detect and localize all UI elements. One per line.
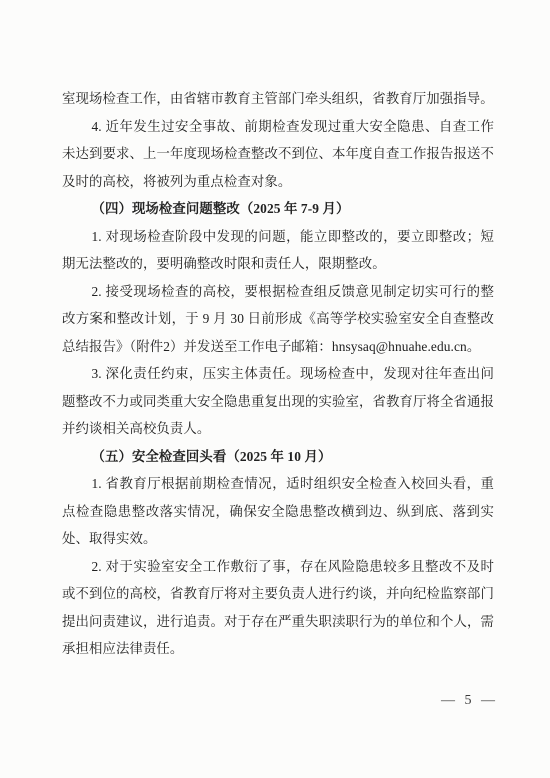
section-heading-4: （四）现场检查问题整改（2025 年 7-9 月） [62,195,494,223]
paragraph-rectify-2: 2. 接受现场检查的高校，要根据检查组反馈意见制定切实可行的整改方案和整改计划，… [62,278,494,361]
scanned-document-page: 室现场检查工作，由省辖市教育主管部门牵头组织，省教育厅加强指导。 4. 近年发生… [0,0,550,778]
page-number: — 5 — [441,690,498,712]
paragraph-rectify-1: 1. 对现场检查阶段中发现的问题，能立即整改的，要立即整改；短期无法整改的，要明… [62,223,494,278]
paragraph-rectify-3: 3. 深化责任约束，压实主体责任。现场检查中，发现对往年查出问题整改不力或同类重… [62,360,494,443]
paragraph-continuation: 室现场检查工作，由省辖市教育主管部门牵头组织，省教育厅加强指导。 [62,85,494,113]
section-heading-5: （五）安全检查回头看（2025 年 10 月） [62,443,494,471]
document-body: 室现场检查工作，由省辖市教育主管部门牵头组织，省教育厅加强指导。 4. 近年发生… [62,85,494,663]
paragraph-item-4: 4. 近年发生过安全事故、前期检查发现过重大安全隐患、自查工作未达到要求、上一年… [62,113,494,196]
paragraph-review-1: 1. 省教育厅根据前期检查情况，适时组织安全检查入校回头看，重点检查隐患整改落实… [62,470,494,553]
paragraph-review-2: 2. 对于实验室安全工作敷衍了事，存在风险隐患较多且整改不及时或不到位的高校，省… [62,553,494,663]
